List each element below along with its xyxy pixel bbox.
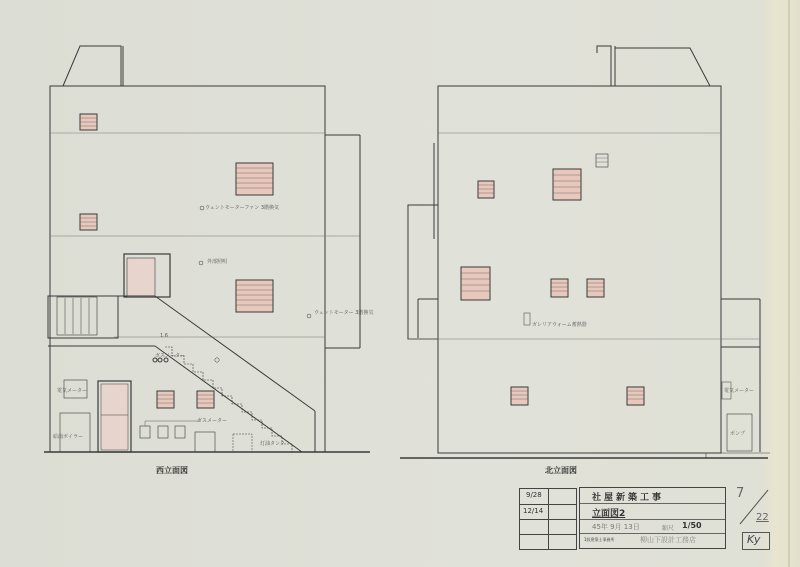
north-elevation-caption: 北立面図	[545, 465, 577, 476]
initials: Ky	[747, 533, 760, 546]
drawing-date: 45年 9月 13日	[592, 522, 640, 532]
west-label-tank: 灯油タンク	[260, 440, 285, 447]
revision-date-2: 12/14	[523, 507, 543, 515]
company-name: 柳山下設計工務店	[640, 535, 696, 545]
west-label-pump: 給湯ボイラー	[53, 433, 83, 440]
louver-vent	[80, 114, 273, 408]
north-label-meter: 電気メーター	[724, 387, 754, 394]
west-label-ventilator-upper: ウェントモーターファン 3階換気	[205, 204, 279, 211]
west-elevation-caption: 西立面図	[156, 465, 188, 476]
west-label-gas: ガスメーター	[197, 417, 227, 424]
west-label-ventilator-lower: ウェントモーター 3階換気	[314, 309, 373, 316]
title-main: 社屋新築工事 立面図2 45年 9月 13日 縮尺 1/50 1級建築士事務所 …	[579, 487, 726, 549]
west-label-meter: 電気メーター	[57, 387, 87, 394]
sheet-total: 22	[756, 512, 769, 523]
west-label-height-mark: 1.6	[160, 333, 168, 339]
project-name: 社屋新築工事	[592, 490, 664, 503]
revision-date-1: 9/28	[526, 491, 542, 499]
elevation-drawing	[0, 0, 800, 567]
revision-table: 9/28 12/14	[519, 488, 577, 550]
north-label-wall-note: ガレリアウォーム蓄熱器	[532, 321, 587, 328]
company-label: 1級建築士事務所	[584, 537, 615, 543]
west-label-pipes: ガスメーター	[155, 352, 185, 359]
west-elevation	[44, 46, 370, 452]
drawing-name: 立面図2	[592, 506, 625, 519]
north-elevation	[400, 46, 770, 458]
scale-prefix: 縮尺	[662, 523, 674, 532]
sheet-number-box: 7 22 Ky	[730, 484, 780, 550]
initials-box: Ky	[742, 532, 770, 550]
drawing-scale: 1/50	[682, 521, 702, 530]
west-label-outdoor-light: 外部照明	[207, 258, 227, 265]
north-label-pump: ポンプ	[730, 430, 745, 437]
